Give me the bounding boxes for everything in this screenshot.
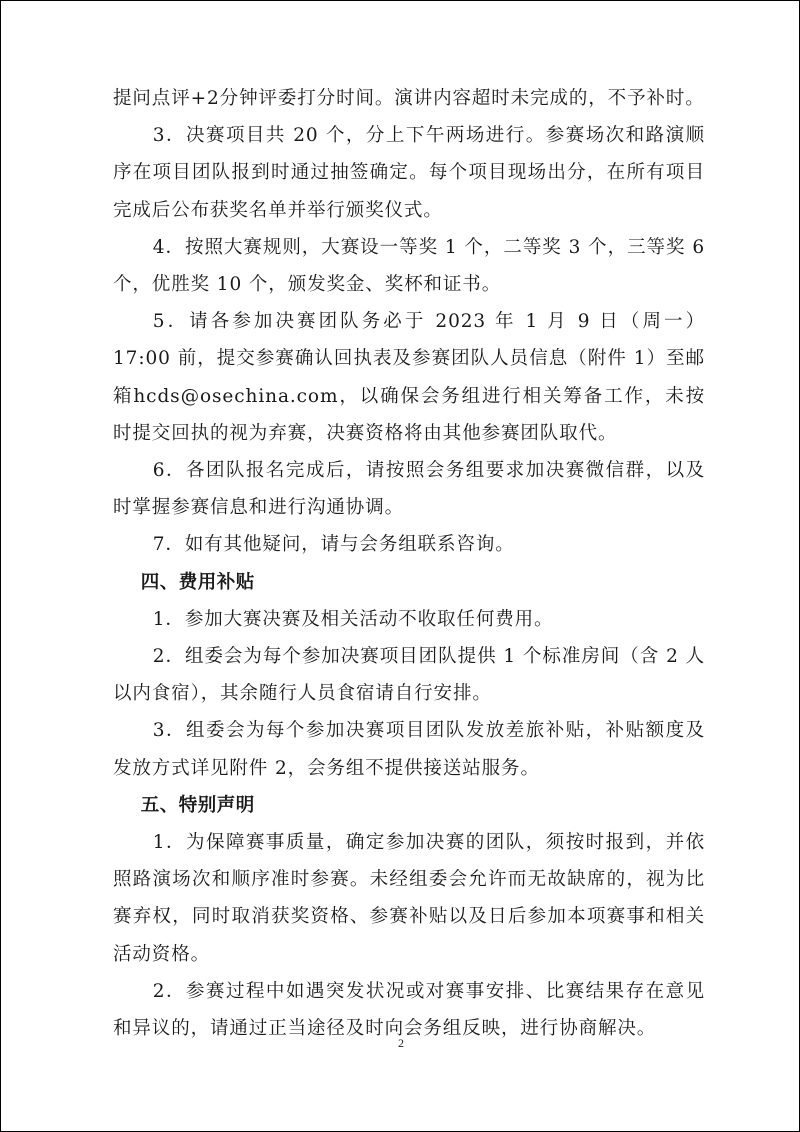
paragraph-item-3-final-projects: 3．决赛项目共 20 个，分上下午两场进行。参赛场次和路演顺序在项目团队报到时通… <box>113 117 705 229</box>
page-number: 2 <box>1 1036 800 1051</box>
paragraph-subsidy-2-room: 2．组委会为每个参加决赛项目团队提供 1 个标准房间（含 2 人以内食宿），其余… <box>113 638 705 712</box>
section-heading-expense-subsidy: 四、费用补贴 <box>113 564 705 601</box>
paragraph-item-6-wechat-group: 6．各团队报名完成后，请按照会务组要求加决赛微信群，以及时掌握参赛信息和进行沟通… <box>113 452 705 526</box>
paragraph-subsidy-1-no-fee: 1．参加大赛决赛及相关活动不收取任何费用。 <box>113 601 705 638</box>
paragraph-subsidy-3-travel: 3．组委会为每个参加决赛项目团队发放差旅补贴，补贴额度及发放方式详见附件 2，会… <box>113 712 705 786</box>
section-heading-special-statement: 五、特别声明 <box>113 787 705 824</box>
document-body: 提问点评+2分钟评委打分时间。演讲内容超时未完成的，不予补时。 3．决赛项目共 … <box>113 80 705 1047</box>
paragraph-item-4-awards: 4．按照大赛规则，大赛设一等奖 1 个，二等奖 3 个，三等奖 6 个，优胜奖 … <box>113 229 705 303</box>
paragraph-item-7-questions: 7．如有其他疑问，请与会务组联系咨询。 <box>113 526 705 563</box>
paragraph-item-5-confirmation: 5．请各参加决赛团队务必于 2023 年 1 月 9 日（周一）17:00 前，… <box>113 303 705 452</box>
paragraph-continuation: 提问点评+2分钟评委打分时间。演讲内容超时未完成的，不予补时。 <box>113 80 705 117</box>
paragraph-statement-1-attendance: 1．为保障赛事质量，确定参加决赛的团队，须按时报到，并依照路演场次和顺序准时参赛… <box>113 824 705 973</box>
document-page: 提问点评+2分钟评委打分时间。演讲内容超时未完成的，不予补时。 3．决赛项目共 … <box>0 0 800 1132</box>
